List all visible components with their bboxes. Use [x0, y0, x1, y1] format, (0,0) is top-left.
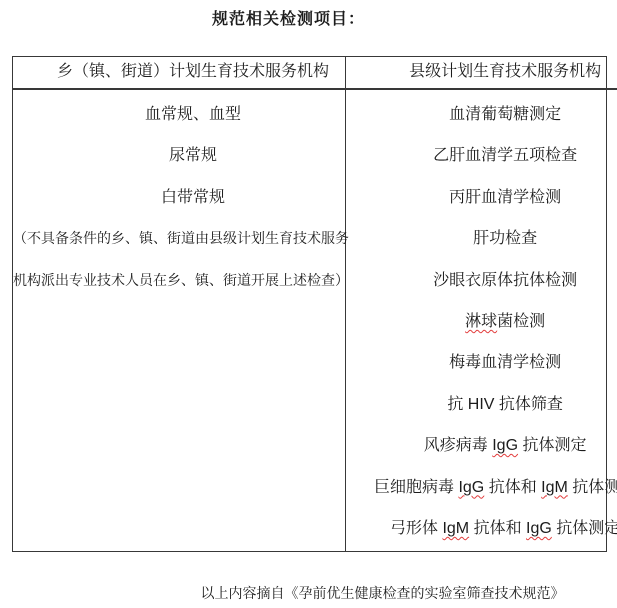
table-header-county: 县级计划生育技术服务机构: [346, 57, 617, 90]
test-item-text: 梅毒血清学检测: [449, 354, 561, 371]
test-item-text: 风疹病毒: [424, 437, 492, 454]
test-item-text: 抗体和: [484, 479, 541, 496]
document-page: 规范相关检测项目： 乡（镇、街道）计划生育技术服务机构 县级计划生育技术服务机构…: [0, 0, 617, 608]
source-note: 以上内容摘自《孕前优生健康检查的实验室筛查技术规范》: [148, 583, 617, 603]
county-tests-cell: 血清葡萄糖测定乙肝血清学五项检查丙肝血清学检测肝功检查沙眼衣原体抗体检测淋球菌检…: [346, 90, 617, 551]
test-item-row: 沙眼衣原体抗体检测: [346, 260, 617, 301]
test-item-row: 尿常规: [13, 135, 345, 176]
test-item-text: 尿常规: [169, 147, 217, 164]
test-item-text: 弓形体: [390, 520, 442, 537]
test-item-row: 肝功检查: [346, 218, 617, 259]
test-item-row: 白带常规: [13, 177, 345, 218]
test-item-row: 血常规、血型: [13, 94, 345, 135]
test-item-text: 丙肝血清学检测: [449, 189, 561, 206]
spellcheck-underline: IgG: [526, 520, 552, 537]
spellcheck-underline: IgM: [541, 479, 568, 496]
test-item-text: 沙眼衣原体抗体检测: [433, 272, 577, 289]
test-item-row: 淋球菌检测: [346, 301, 617, 342]
test-item-text: 肝功检查: [473, 230, 537, 247]
test-item-row: 巨细胞病毒 IgG 抗体和 IgM 抗体测定: [346, 467, 617, 508]
test-item-row: 抗 HIV 抗体筛查: [346, 384, 617, 425]
township-tests-cell: 血常规、血型尿常规白带常规（不具备条件的乡、镇、街道由县级计划生育技术服务机构派…: [13, 90, 346, 551]
test-item-text: 血常规、血型: [145, 106, 241, 123]
test-item-text: 菌检测: [497, 313, 545, 330]
test-item-text: 抗体测定: [568, 479, 617, 496]
table-header-township: 乡（镇、街道）计划生育技术服务机构: [13, 57, 346, 90]
test-item-text: 白带常规: [161, 189, 225, 206]
spellcheck-underline: IgG: [458, 479, 484, 496]
test-item-row: 梅毒血清学检测: [346, 342, 617, 383]
test-item-text: （不具备条件的乡、镇、街道由县级计划生育技术服务: [13, 230, 349, 246]
test-item-row: 弓形体 IgM 抗体和 IgG 抗体测定: [346, 508, 617, 549]
spellcheck-underline: IgM: [442, 520, 469, 537]
test-item-text: 抗 HIV 抗体筛查: [447, 396, 563, 413]
test-items-table: 乡（镇、街道）计划生育技术服务机构 县级计划生育技术服务机构 血常规、血型尿常规…: [12, 56, 607, 552]
test-item-text: 机构派出专业技术人员在乡、镇、街道开展上述检查）: [13, 272, 349, 288]
test-item-row: 血清葡萄糖测定: [346, 94, 617, 135]
spellcheck-underline: IgG: [492, 437, 518, 454]
test-item-row: 乙肝血清学五项检查: [346, 135, 617, 176]
spellcheck-underline: 淋球: [465, 313, 497, 330]
test-item-text: 乙肝血清学五项检查: [433, 147, 577, 164]
test-item-row: （不具备条件的乡、镇、街道由县级计划生育技术服务: [13, 218, 345, 259]
test-item-text: 巨细胞病毒: [374, 479, 458, 496]
test-item-text: 血清葡萄糖测定: [449, 106, 561, 123]
page-title: 规范相关检测项目：: [212, 6, 365, 29]
test-item-row: 机构派出专业技术人员在乡、镇、街道开展上述检查）: [13, 260, 345, 301]
test-item-text: 抗体和: [469, 520, 526, 537]
test-item-text: 抗体测定: [518, 437, 586, 454]
test-item-text: 抗体测定: [552, 520, 617, 537]
test-item-row: 丙肝血清学检测: [346, 177, 617, 218]
test-item-row: 风疹病毒 IgG 抗体测定: [346, 425, 617, 466]
